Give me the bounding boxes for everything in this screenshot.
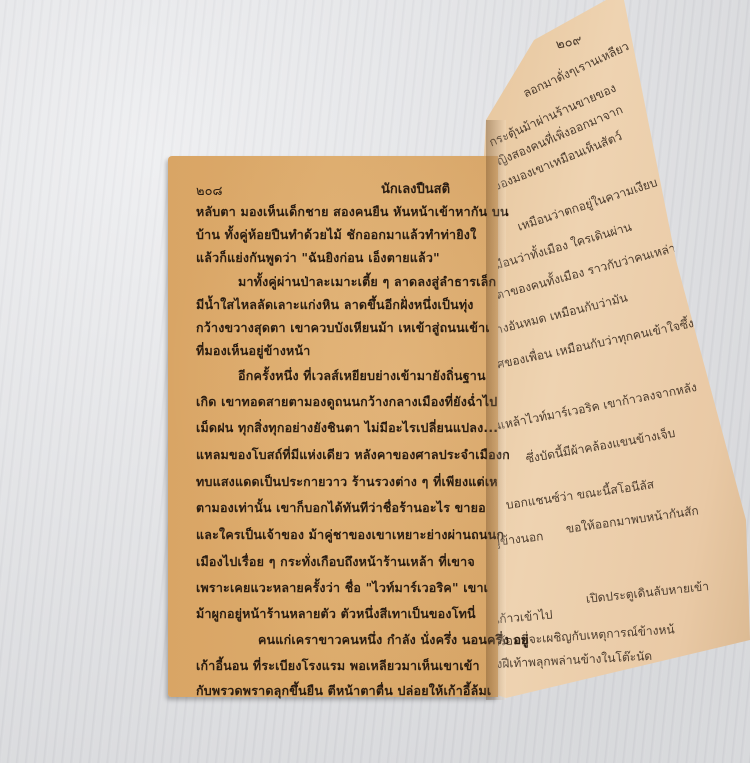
text-line: เก้าอี้นอน ที่ระเบียงโรงแรม พอเหลียวมาเห…	[196, 656, 480, 676]
text-line: ขอให้ออกมาพบหน้ากันสัก	[565, 501, 700, 538]
text-line: เพราะเคยแวะหลายครั้งว่า ชื่อ "ไวท์มาร์เว…	[196, 578, 488, 598]
left-page: ๒๐๘ นักเลงปืนสติ หลับตา มองเห็นเด็กชาย ส…	[168, 156, 498, 697]
text-line: เหมือนว่าตกอยู่ในความเงียบ	[515, 173, 660, 236]
page-number-right: ๒๐๙	[554, 29, 584, 55]
text-line: ทบแสงแดดเป็นประกายวาว ร้านรวงต่าง ๆ ที่เ…	[196, 472, 498, 492]
text-line: ตามองเท่านั้น เขาก็บอกได้ทันทีว่าชื่อร้า…	[196, 498, 486, 518]
book-spine-shadow	[486, 120, 506, 700]
text-line: กับพรวดพราดลุกขึ้นยืน ตีหน้าตาตื่น ปล่อย…	[196, 681, 491, 701]
text-line: แล้วก็แย่งกันพูดว่า "ฉันยิงก่อน เอ็งตายแ…	[196, 248, 440, 268]
text-line: มีน้ำใสไหลลัดเลาะแก่งหิน ลาดขึ้นอีกฝั่งห…	[196, 295, 474, 315]
running-head: นักเลงปืนสติ	[381, 178, 450, 199]
text-line: ที่มองเห็นอยู่ข้างหน้า	[196, 341, 310, 361]
text-line: ซึ่งบัดนี้มีผ้าคล้องแขนข้างเจ็บ	[524, 424, 676, 469]
text-line: อีกครั้งหนึ่ง ที่เวลส์เหยียบย่างเข้ามายั…	[238, 366, 486, 386]
text-line: เกิด เขาทอดสายตามองดูถนนกว้างกลางเมืองที…	[196, 392, 497, 412]
text-line: มาทั้งคู่ผ่านป่าละเมาะเตี้ย ๆ ลาดลงสู่ลำ…	[238, 272, 496, 292]
text-line: เมืองไปเรื่อย ๆ กระทั่งเกือบถึงหน้าร้านเ…	[196, 552, 475, 572]
page-number-left: ๒๐๘	[196, 180, 223, 201]
text-line: บอกแชนซ์ว่า ขณะนี้สโอนีลัส	[505, 475, 656, 515]
text-line: บ้าน ทั้งคู่ห้อยปืนทำด้วยไม้ ชักออกมาแล้…	[196, 225, 476, 245]
text-line: แหลมของโบสถ์ที่มีแห่งเดียว หลังคาของศาลป…	[196, 445, 510, 465]
text-line: หลับตา มองเห็นเด็กชาย สองคนยืน หันหน้าเข…	[196, 202, 509, 222]
text-line: และใครเป็นเจ้าของ ม้าคู่ชาของเขาเหยาะย่า…	[196, 525, 504, 545]
text-line: กว้างขวางสุดตา เขาควบบังเหียนม้า เหเข้าส…	[196, 318, 490, 338]
text-line: เปิดประตูเดินลับหายเข้า	[585, 577, 710, 609]
text-line: เม็ดฝน ทุกสิ่งทุกอย่างยังชินตา ไม่มีอะไร…	[196, 418, 498, 438]
text-line: ม้าผูกอยู่หน้าร้านหลายตัว ตัวหนึ่งสีเทาเ…	[196, 604, 476, 624]
